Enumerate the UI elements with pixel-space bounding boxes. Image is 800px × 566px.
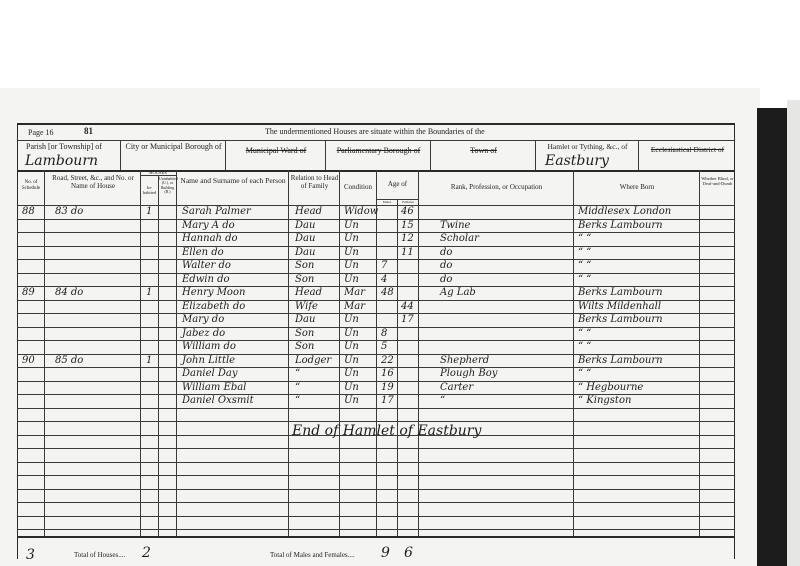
row-rule bbox=[17, 462, 735, 463]
name-cell: Edwin do bbox=[182, 274, 230, 285]
male-age-cell: 5 bbox=[381, 341, 387, 352]
row-rule bbox=[17, 408, 735, 409]
row-rule bbox=[17, 367, 735, 368]
condition-cell: Un bbox=[344, 382, 359, 393]
boundary-ecclesiastical-label: Ecclesiastical District of bbox=[640, 146, 735, 155]
born-cell: “ “ bbox=[578, 328, 591, 339]
condition-cell: Un bbox=[344, 314, 359, 325]
female-age-cell: 15 bbox=[401, 220, 414, 231]
born-cell: Wilts Mildenhall bbox=[578, 301, 661, 312]
born-cell: Berks Lambourn bbox=[578, 355, 663, 366]
row-rule bbox=[17, 489, 735, 490]
born-cell: Middlesex London bbox=[578, 206, 671, 217]
male-age-cell: 8 bbox=[381, 328, 387, 339]
end-note: End of Hamlet of Eastbury bbox=[292, 423, 481, 439]
scanner-margin bbox=[787, 100, 800, 566]
name-cell: Daniel Oxsmit bbox=[182, 395, 254, 406]
born-cell: “ “ bbox=[578, 341, 591, 352]
born-cell: “ Kingston bbox=[578, 395, 631, 406]
row-rule bbox=[17, 529, 735, 530]
name-cell: Daniel Day bbox=[182, 368, 238, 379]
relation-cell: Dau bbox=[295, 220, 315, 231]
condition-cell: Un bbox=[344, 274, 359, 285]
condition-cell: Un bbox=[344, 233, 359, 244]
born-cell: “ “ bbox=[578, 260, 591, 271]
col-age: Age of bbox=[377, 180, 418, 188]
row-rule bbox=[17, 340, 735, 341]
house-cell: 84 do bbox=[55, 287, 83, 298]
name-cell: Elizabeth do bbox=[182, 301, 245, 312]
row-rule bbox=[17, 502, 735, 503]
female-age-cell: 12 bbox=[401, 233, 414, 244]
schedule-cell: 88 bbox=[22, 206, 35, 217]
name-cell: Jabez do bbox=[182, 328, 225, 339]
total-houses-label: Total of Houses.... bbox=[74, 551, 125, 559]
boundary-parliamentary-label: Parliamentary Borough of bbox=[327, 146, 430, 155]
condition-cell: Un bbox=[344, 328, 359, 339]
relation-cell: Dau bbox=[295, 247, 315, 258]
row-rule bbox=[17, 273, 735, 274]
total-houses-value: 2 bbox=[142, 545, 151, 561]
born-cell: Berks Lambourn bbox=[578, 314, 663, 325]
inhabited-cell: 1 bbox=[146, 355, 152, 366]
name-cell: Walter do bbox=[182, 260, 231, 271]
boundary-hamlet-label: Hamlet or Tything, &c., of bbox=[537, 143, 638, 152]
col-males: Males bbox=[377, 200, 397, 204]
male-age-cell: 4 bbox=[381, 274, 387, 285]
relation-cell: Head bbox=[295, 287, 322, 298]
occupation-cell: do bbox=[440, 247, 452, 258]
name-cell: Sarah Palmer bbox=[182, 206, 251, 217]
born-cell: Berks Lambourn bbox=[578, 220, 663, 231]
born-cell: “ Hegbourne bbox=[578, 382, 643, 393]
relation-cell: Lodger bbox=[295, 355, 331, 366]
schedule-cell: 89 bbox=[22, 287, 35, 298]
row-rule bbox=[17, 516, 735, 517]
male-age-cell: 48 bbox=[381, 287, 394, 298]
boundary-parish-label: Parish [or Township] of bbox=[26, 142, 102, 151]
occupation-cell: Plough Boy bbox=[440, 368, 497, 379]
female-age-cell: 17 bbox=[401, 314, 414, 325]
relation-cell: Son bbox=[295, 328, 314, 339]
born-cell: “ “ bbox=[578, 368, 591, 379]
condition-cell: Un bbox=[344, 220, 359, 231]
col-females: Females bbox=[398, 200, 418, 204]
row-rule bbox=[17, 421, 735, 422]
occupation-cell: “ bbox=[440, 395, 445, 406]
col-inhabited: In-habited bbox=[141, 185, 158, 195]
relation-cell: Son bbox=[295, 274, 314, 285]
scanner-edge bbox=[757, 108, 787, 566]
row-rule bbox=[17, 246, 735, 247]
row-rule bbox=[17, 232, 735, 233]
relation-cell: Wife bbox=[295, 301, 318, 312]
condition-cell: Un bbox=[344, 247, 359, 258]
male-age-cell: 16 bbox=[381, 368, 394, 379]
boundary-borough-label: City or Municipal Borough of bbox=[122, 142, 225, 151]
house-cell: 85 do bbox=[55, 355, 83, 366]
condition-cell: Un bbox=[344, 368, 359, 379]
name-cell: Hannah do bbox=[182, 233, 238, 244]
row-rule bbox=[17, 475, 735, 476]
name-cell: Mary do bbox=[182, 314, 224, 325]
row-rule bbox=[17, 259, 735, 260]
total-persons-label: Total of Males and Females.... bbox=[270, 551, 355, 559]
col-name: Name and Surname of each Person bbox=[178, 177, 288, 186]
born-cell: “ “ bbox=[578, 233, 591, 244]
condition-cell: Un bbox=[344, 260, 359, 271]
col-occupation: Rank, Profession, or Occupation bbox=[420, 183, 573, 191]
occupation-cell: Twine bbox=[440, 220, 470, 231]
condition-cell: Un bbox=[344, 355, 359, 366]
male-age-cell: 7 bbox=[381, 260, 387, 271]
relation-cell: Head bbox=[295, 206, 322, 217]
name-cell: Henry Moon bbox=[182, 287, 245, 298]
occupation-cell: do bbox=[440, 274, 452, 285]
name-cell: William Ebal bbox=[182, 382, 246, 393]
relation-cell: Son bbox=[295, 260, 314, 271]
male-age-cell: 22 bbox=[381, 355, 394, 366]
col-uninhabited: Uninhabited (U.), or Building (B.) bbox=[159, 177, 176, 194]
female-age-cell: 46 bbox=[401, 206, 414, 217]
schedule-cell: 90 bbox=[22, 355, 35, 366]
occupation-cell: Shepherd bbox=[440, 355, 489, 366]
relation-cell: Son bbox=[295, 341, 314, 352]
relation-cell: “ bbox=[295, 382, 300, 393]
boundary-town-label: Town of bbox=[432, 146, 535, 155]
occupation-cell: do bbox=[440, 260, 452, 271]
born-cell: “ “ bbox=[578, 274, 591, 285]
total-schedules: 3 bbox=[26, 547, 35, 563]
condition-cell: Widow bbox=[344, 206, 378, 217]
relation-cell: “ bbox=[295, 368, 300, 379]
condition-cell: Mar bbox=[344, 287, 365, 298]
born-cell: Berks Lambourn bbox=[578, 287, 663, 298]
male-age-cell: 19 bbox=[381, 382, 394, 393]
boundary-hamlet-value: Eastbury bbox=[545, 153, 609, 169]
relation-cell: Dau bbox=[295, 314, 315, 325]
inhabited-cell: 1 bbox=[146, 287, 152, 298]
condition-cell: Un bbox=[344, 395, 359, 406]
name-cell: William do bbox=[182, 341, 236, 352]
row-rule bbox=[17, 327, 735, 328]
house-cell: 83 do bbox=[55, 206, 83, 217]
col-blind: Whether Blind, or Deaf-and-Dumb bbox=[700, 176, 735, 186]
col-schedule: No. of Schedule bbox=[18, 180, 44, 192]
inhabited-cell: 1 bbox=[146, 206, 152, 217]
col-condition: Condition bbox=[340, 183, 376, 191]
col-relation: Relation to Head of Family bbox=[290, 174, 339, 190]
name-cell: Mary A do bbox=[182, 220, 235, 231]
col-born: Where Born bbox=[575, 183, 699, 191]
occupation-cell: Carter bbox=[440, 382, 473, 393]
row-rule bbox=[17, 448, 735, 449]
total-males: 9 bbox=[381, 545, 390, 561]
col-road: Road, Street, &c., and No. or Name of Ho… bbox=[46, 174, 140, 190]
relation-cell: Dau bbox=[295, 233, 315, 244]
female-age-cell: 11 bbox=[401, 247, 414, 258]
male-age-cell: 17 bbox=[381, 395, 394, 406]
condition-cell: Mar bbox=[344, 301, 365, 312]
boundary-ward-label: Municipal Ward of bbox=[227, 146, 325, 155]
born-cell: “ “ bbox=[578, 247, 591, 258]
relation-cell: “ bbox=[295, 395, 300, 406]
occupation-cell: Ag Lab bbox=[440, 287, 476, 298]
name-cell: Ellen do bbox=[182, 247, 224, 258]
condition-cell: Un bbox=[344, 341, 359, 352]
boundary-parish-value: Lambourn bbox=[25, 153, 98, 169]
col-houses: HOUSES bbox=[140, 170, 176, 175]
total-females: 6 bbox=[404, 545, 413, 561]
female-age-cell: 44 bbox=[401, 301, 414, 312]
name-cell: John Little bbox=[182, 355, 235, 366]
occupation-cell: Scholar bbox=[440, 233, 479, 244]
